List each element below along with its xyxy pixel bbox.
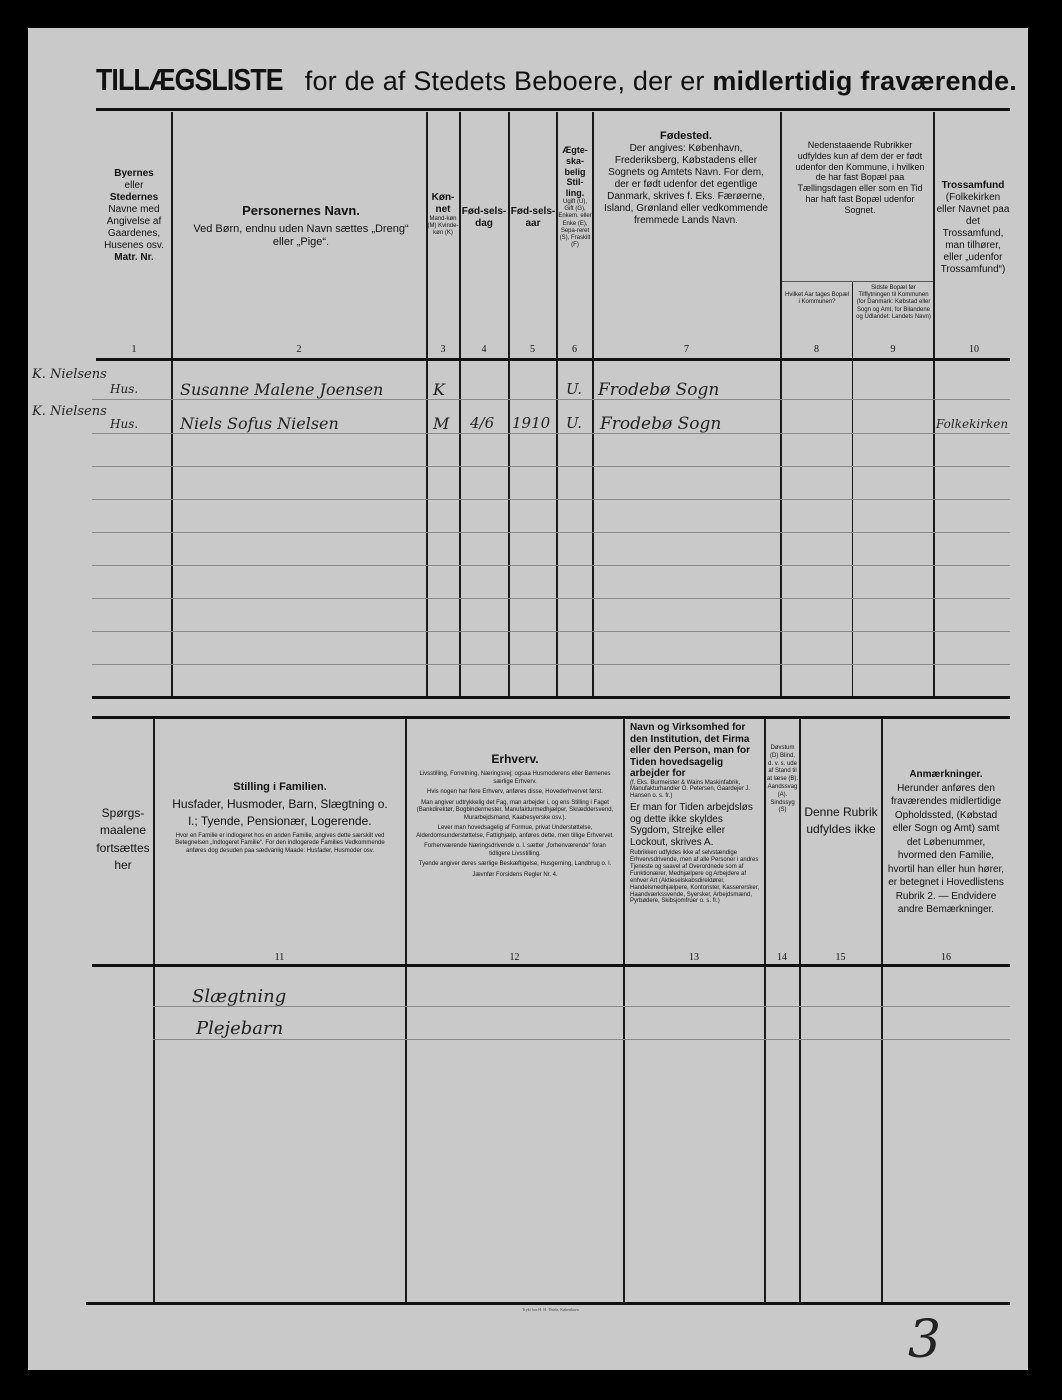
col4-header: Fød-sels-dag: [461, 206, 507, 230]
col-number: 9: [853, 344, 933, 355]
col-number: 14: [765, 952, 799, 963]
col9-header: Sidste Bopæl før Tilflytningen til Kommu…: [855, 285, 932, 321]
col5-header: Fød-sels-aar: [510, 206, 556, 230]
name-cell: Niels Sofus Nielsen: [180, 414, 339, 433]
divider: [764, 718, 766, 1304]
col-number: 11: [154, 952, 405, 963]
place-cell: Hus.: [110, 382, 138, 396]
col13-header: Navn og Virksomhed for den Institution, …: [630, 722, 760, 905]
row-line: [92, 664, 1010, 665]
col-number: 4: [460, 344, 508, 355]
col-number: 2: [172, 344, 426, 355]
divider: [459, 112, 461, 696]
form-title-middle: for de af Stedets Beboere, der er: [305, 66, 705, 96]
col2-header: Personernes Navn. Ved Børn, endnu uden N…: [190, 203, 412, 249]
divider: [799, 718, 801, 1304]
col-number: 13: [624, 952, 764, 963]
col-number: 12: [406, 952, 623, 963]
col10-header: Trossamfund (Folkekirken eller Navnet pa…: [936, 180, 1010, 276]
header-rule: [96, 358, 1010, 361]
row-line: [92, 565, 1010, 566]
row-line: [153, 1039, 1010, 1040]
col8-header: Hvilket Aar tages Bopæl i Kommunen?: [784, 292, 850, 306]
religion-cell: Folkekirken: [936, 417, 1008, 431]
col1-header: Byernes eller Stedernes Navne med Angive…: [98, 168, 170, 264]
row-line: [92, 532, 1010, 533]
col-number: 6: [557, 344, 592, 355]
col7-header: Fødested. Der angives: København, Freder…: [600, 130, 772, 227]
upper-table-bottom-rule: [92, 696, 1010, 699]
divider: [780, 112, 782, 696]
form-title: TILLÆGSLISTE for de af Stedets Beboere, …: [96, 62, 1016, 98]
col15-header: Denne Rubrik udfyldes ikke: [802, 804, 880, 839]
col-number: 16: [882, 952, 1010, 963]
col-number: 7: [593, 344, 780, 355]
place-cell: Hus.: [110, 417, 138, 431]
form-title-bold: TILLÆGSLISTE: [96, 62, 283, 98]
divider: [592, 112, 594, 696]
col-number: 15: [800, 952, 881, 963]
divider: [933, 112, 935, 696]
name-cell: Susanne Malene Joensen: [180, 380, 383, 399]
divider: [881, 718, 883, 1304]
lower-header-rule: [92, 964, 1010, 967]
page-number: 3: [908, 1310, 941, 1370]
col-number: 3: [427, 344, 459, 355]
col11-header: Stilling i Familien. Husfader, Husmoder,…: [170, 780, 390, 855]
col12-header: Erhverv. Livsstilling, Forretning, Nærin…: [414, 752, 616, 879]
continue-label: Spørgs-maalene fortsættes her: [94, 805, 152, 875]
family-position-cell: Slægtning: [192, 986, 286, 1007]
marital-cell: U.: [566, 414, 582, 432]
col14-header: Døvstum (D) Blind, d. v. s. ude af Stand…: [767, 745, 798, 815]
lower-table-top-rule: [92, 716, 1010, 719]
divider: [623, 718, 625, 1304]
marital-cell: U.: [566, 380, 582, 398]
row-line: [92, 466, 1010, 467]
divider: [405, 718, 407, 1304]
birthyear-cell: 1910: [512, 414, 550, 432]
divider: [508, 112, 510, 696]
col8-9-group-header: Nedenstaaende Rubrikker udfyldes kun af …: [790, 140, 930, 216]
birthday-cell: 4/6: [470, 414, 494, 432]
birthplace-cell: Frodebø Sogn: [598, 380, 719, 400]
family-position-cell: Plejebarn: [196, 1018, 283, 1039]
col-number: 5: [509, 344, 556, 355]
sex-cell: K: [433, 380, 445, 399]
row-line: [92, 499, 1010, 500]
col16-header: Anmærkninger. Herunder anføres den fravæ…: [886, 768, 1006, 917]
row-line: [92, 399, 1010, 400]
place-cell: K. Nielsens: [32, 404, 107, 419]
row-line: [92, 433, 1010, 434]
bottom-rule: [86, 1302, 1010, 1305]
printer-note: Trykt hos H. H. Thiele, København: [522, 1307, 579, 1312]
birthplace-cell: Frodebø Sogn: [600, 414, 721, 434]
form-title-end: midlertidig fraværende.: [712, 66, 1017, 96]
col6-header: Ægte-ska-belig Stil-ling. Ugift (U), Gif…: [558, 145, 592, 249]
divider: [171, 112, 173, 696]
top-rule: [96, 108, 1010, 111]
divider: [153, 718, 155, 1304]
row-line: [92, 598, 1010, 599]
row-line: [92, 631, 1010, 632]
col3-header: Køn-net Mand-køn (M) Kvinde-køn (K): [427, 192, 459, 238]
place-cell: K. Nielsens: [32, 367, 107, 382]
sex-cell: M: [433, 414, 449, 433]
col-number: 10: [934, 344, 1014, 355]
col-number: 8: [781, 344, 852, 355]
col-number: 1: [98, 344, 170, 355]
subheader-rule: [782, 281, 933, 282]
